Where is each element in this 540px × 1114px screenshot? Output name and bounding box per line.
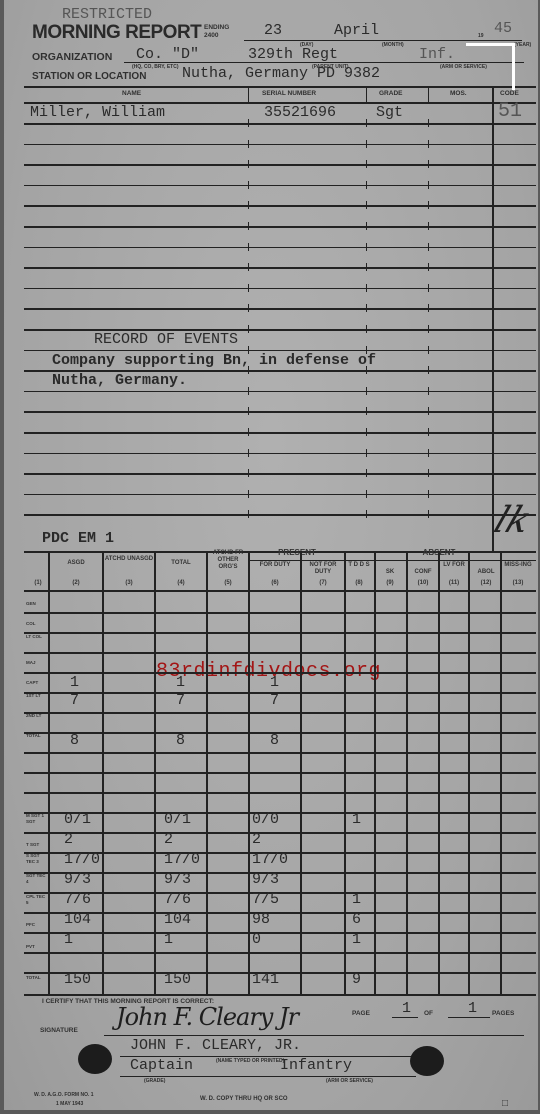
grid-row [24,672,536,674]
ruled-line [24,247,536,249]
tick-mark [248,510,249,518]
tick-mark [428,449,429,457]
absent-group-rule [344,560,536,561]
tick-mark [366,428,367,436]
row-label-pfc: PFC [26,922,35,928]
morning-report-document: RESTRICTED MORNING REPORT ENDING2400 23 … [4,0,538,1110]
col-num: (4) [156,580,206,587]
col-num: (8) [344,580,374,587]
em-total: 0/1 [164,811,191,828]
tick-mark [428,222,429,230]
tick-mark [366,387,367,395]
grid-row [24,872,536,874]
organization-parent: 329th Regt [248,46,338,63]
officer-total-asgd: 8 [70,732,79,749]
em-for-duty: 141 [252,971,279,988]
officer-total-total: 8 [176,732,185,749]
grid-row [24,932,536,934]
em-tdds: 1 [352,891,361,908]
org-unit-caption: (HQ, CO, BRY, ETC) [132,64,178,70]
tick-mark [366,346,367,354]
code-column-divider [492,86,494,552]
row-label-lt-col: LT COL [26,634,46,640]
col-num: (11) [440,580,468,587]
form-title: MORNING REPORT [32,22,201,44]
ruled-line [24,473,536,475]
col-num: (6) [250,580,300,587]
station-value: Nutha, Germany PD 9382 [182,65,380,82]
1st-lt-total: 7 [176,692,185,709]
tick-mark [248,469,249,477]
tick-mark [248,243,249,251]
corner-mark: □ [502,1098,508,1109]
row-label-em-total: TOTAL [26,975,46,981]
entry-name: Miller, William [30,104,165,121]
tick-mark [366,201,367,209]
tick-mark [428,201,429,209]
initials-mark: lk [489,500,537,541]
1st-lt-asgd: 7 [70,692,79,709]
hdr-total: TOTAL [156,560,206,567]
em-total: 9/3 [164,871,191,888]
bracket-mark [466,43,514,46]
tick-mark [248,263,249,271]
of-label: OF [424,1010,433,1017]
year-caption: (YEAR) [514,42,531,48]
em-total: 150 [164,971,191,988]
hdr-missing: MISS-ING [502,562,534,569]
punch-hole-left [78,1044,112,1074]
grid-row [24,812,536,814]
tick-mark [428,263,429,271]
tick-mark [248,304,249,312]
arm-caption: (ARM OR SERVICE) [326,1078,373,1084]
grid-row [24,832,536,834]
certification-top-rule [24,994,536,996]
em-tdds: 9 [352,971,361,988]
entry-code: 51 [498,100,522,123]
em-total: 7/6 [164,891,191,908]
grid-row [24,732,536,734]
tick-mark [248,449,249,457]
em-asgd: 150 [64,971,91,988]
tick-mark [366,407,367,415]
grid-row [24,892,536,894]
em-for-duty: 98 [252,911,270,928]
tick-mark [248,222,249,230]
row-label-pvt: PVT [26,944,35,950]
tick-mark [428,160,429,168]
hdr-sk: SK [376,569,404,576]
grade-line [120,1076,416,1077]
station-label: STATION OR LOCATION [32,71,146,82]
tick-mark [428,243,429,251]
ruled-line [24,226,536,228]
col-mos-header: MOS. [450,90,467,97]
tick-mark [366,284,367,292]
ruled-line [24,514,536,516]
em-asgd: 17/0 [64,851,100,868]
hdr-asgd: ASGD [50,560,102,567]
copy-note: W. D. COPY THRU HQ OR SCO [200,1096,288,1102]
pages-underline [448,1017,490,1018]
row-label-cpl: CPL TEC 5 [26,894,46,906]
tick-mark [366,449,367,457]
grid-row [24,692,536,694]
tick-mark [248,325,249,333]
record-of-events-title: RECORD OF EVENTS [94,331,238,348]
col-num: (1) [26,580,50,587]
tick-mark [248,366,249,374]
organization-label: ORGANIZATION [32,51,112,63]
em-total: 104 [164,911,191,928]
col-num: (2) [50,580,102,587]
strength-header-rule [24,590,536,592]
tick-mark [428,428,429,436]
1st-lt-for-duty: 7 [270,692,279,709]
entry-serial: 35521696 [264,104,336,121]
tick-mark [366,490,367,498]
organization-arm: Inf. [419,46,455,63]
tick-mark [428,490,429,498]
tick-mark [366,469,367,477]
hdr-tdds: T D D S [344,562,374,569]
tick-mark [428,284,429,292]
em-total: 17/0 [164,851,200,868]
ruled-line [24,288,536,290]
bracket-mark-vertical [512,43,515,90]
record-of-events-line1: Company supporting Bn, in defense of [52,352,376,369]
row-label-gen: GEN [26,601,36,607]
signature-label: SIGNATURE [40,1027,78,1034]
tick-mark [248,201,249,209]
hdr-atchd-other: ATCHD FR OTHER ORG'S [208,550,248,571]
ruled-line [24,432,536,434]
tick-mark [428,304,429,312]
em-asgd: 1 [64,931,73,948]
hdr-not-for-duty: NOT FOR DUTY [302,562,344,576]
ruled-line [24,329,536,331]
grid-row [24,792,536,794]
pdc-label: PDC EM 1 [42,530,114,547]
page-number: 1 [402,1000,411,1017]
em-for-duty: 2 [252,831,261,848]
grid-row [24,652,536,654]
tick-mark [248,428,249,436]
org-arm-caption: (ARM OR SERVICE) [440,64,487,70]
tick-mark [248,119,249,127]
em-asgd: 104 [64,911,91,928]
page-underline [392,1017,418,1018]
tick-mark [366,140,367,148]
ruled-line [24,123,536,125]
em-asgd: 0/1 [64,811,91,828]
ruled-line [24,350,536,352]
header-rule [24,86,536,88]
ruled-line [24,411,536,413]
col-num: (13) [502,580,534,587]
ending-label: ENDING2400 [204,24,229,40]
grid-row [24,972,536,974]
signature-line [104,1035,524,1036]
col-name-header: NAME [122,90,141,97]
ruled-line [24,391,536,393]
grid-row [24,912,536,914]
tick-mark [428,325,429,333]
hdr-lv-for: LV FOR [440,562,468,569]
tick-mark [366,222,367,230]
page-total: 1 [468,1000,477,1017]
tick-mark [248,140,249,148]
tick-mark [428,346,429,354]
grid-row [24,772,536,774]
report-month: April [334,22,379,39]
em-asgd: 2 [64,831,73,848]
em-tdds: 1 [352,931,361,948]
ruled-line [24,370,536,372]
tick-mark [248,346,249,354]
tick-mark [428,387,429,395]
em-tdds: 1 [352,811,361,828]
ruled-line [24,164,536,166]
ruled-line [24,308,536,310]
typed-name: JOHN F. CLEARY, JR. [130,1037,301,1054]
em-total: 2 [164,831,173,848]
tick-mark [248,490,249,498]
ruled-line [24,453,536,455]
em-for-duty: 7/5 [252,891,279,908]
hdr-abol: ABOL [470,569,502,576]
tick-mark [428,469,429,477]
em-for-duty: 0/0 [252,811,279,828]
col-num: (9) [376,580,404,587]
tick-mark [248,160,249,168]
report-day: 23 [264,22,282,39]
punch-hole-right [410,1046,444,1076]
tick-mark [248,284,249,292]
em-asgd: 7/6 [64,891,91,908]
row-label-sgt: SGT TEC 4 [26,873,46,885]
date-underline [244,40,522,41]
tick-mark [366,366,367,374]
tick-mark [428,366,429,374]
signature: John F. Cleary Jr [116,1003,298,1031]
hdr-atchd-unasgd: ATCHD UNASGD [104,556,154,563]
typed-name-caption: (NAME TYPED OR PRINTED) [216,1058,284,1064]
row-label-t-sgt: T SGT [26,842,39,848]
tick-mark [366,263,367,271]
grade-value: Captain [130,1057,193,1074]
col-serial-header: SERIAL NUMBER [262,90,316,97]
em-for-duty: 17/0 [252,851,288,868]
grid-row [24,752,536,754]
record-of-events-line2: Nutha, Germany. [52,372,187,389]
form-date: 1 MAY 1943 [56,1101,83,1107]
report-year: 45 [494,20,512,37]
hdr-for-duty: FOR DUTY [250,562,300,569]
month-caption: (MONTH) [382,42,404,48]
pages-label: PAGES [492,1010,514,1017]
form-number: W. D. A.G.O. FORM NO. 1 [34,1092,94,1098]
tick-mark [366,243,367,251]
organization-company: Co. "D" [136,46,199,63]
tick-mark [366,510,367,518]
col-num: (10) [407,580,439,587]
tick-mark [248,181,249,189]
col-divider [366,86,367,102]
row-label-capt: CAPT [26,680,38,686]
em-for-duty: 9/3 [252,871,279,888]
row-label-col: COL [26,621,36,627]
em-total: 1 [164,931,173,948]
col-grade-header: GRADE [379,90,402,97]
grid-row [24,612,536,614]
col-num: (3) [104,580,154,587]
em-asgd: 9/3 [64,871,91,888]
ruled-line [24,494,536,496]
row-label-1st-sgt: M SGT 1 SGT [26,813,46,825]
tick-mark [428,140,429,148]
year-prefix: 19 [478,33,484,39]
tick-mark [428,510,429,518]
tick-mark [428,181,429,189]
present-group-rule [248,560,344,561]
grid-row [24,712,536,714]
col-divider [248,86,249,102]
col-num: (12) [470,580,502,587]
ruled-line [24,205,536,207]
tick-mark [248,407,249,415]
tick-mark [366,119,367,127]
tick-mark [366,181,367,189]
em-for-duty: 0 [252,931,261,948]
tick-mark [366,160,367,168]
hdr-present-group: PRESENT [250,549,344,556]
row-label-s-sgt: S SGT TEC 3 [26,853,46,865]
tick-mark [248,387,249,395]
col-num: (7) [302,580,344,587]
capt-asgd: 1 [70,674,79,691]
col-code-header: CODE [500,90,519,97]
ruled-line [24,144,536,146]
hdr-conf: CONF [407,569,439,576]
tick-mark [366,304,367,312]
grid-row [24,952,536,954]
restricted-stamp: RESTRICTED [62,6,152,23]
ruled-line [24,267,536,269]
officer-total-for-duty: 8 [270,732,279,749]
entry-grade: Sgt [376,104,403,121]
grade-caption: (GRADE) [144,1078,165,1084]
grid-row [24,632,536,634]
em-tdds: 6 [352,911,361,928]
tick-mark [366,325,367,333]
tick-mark [428,407,429,415]
col-num: (5) [208,580,248,587]
tick-mark [428,119,429,127]
row-label-maj: MAJ [26,660,36,666]
col-divider [428,86,429,102]
arm-value: Infantry [280,1057,352,1074]
page-label: PAGE [352,1010,370,1017]
ruled-line [24,185,536,187]
